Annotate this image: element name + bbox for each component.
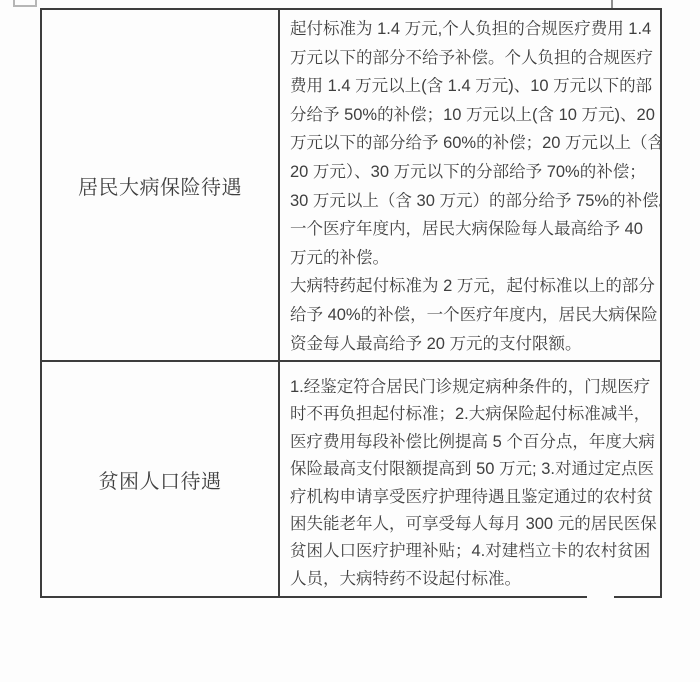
text-line: 大病特药起付标准为 2 万元，起付标准以上的部分 [290,272,660,301]
document-page: 居民大病保险待遇 起付标准为 1.4 万元,个人负担的合规医疗费用 1.4万元以… [0,0,700,682]
table-bottom-border-left-segment [40,596,587,598]
text-line: 给予 40%的补偿，一个医疗年度内，居民大病保险 [290,301,660,330]
row-content-poor-population-benefits: 1.经鉴定符合居民门诊规定病种条件的，门规医疗时不再负担起付标准；2.大病保险起… [280,362,662,596]
text-line: 时不再负担起付标准；2.大病保险起付标准减半， [290,401,660,428]
cropped-cell-remnant [13,0,37,7]
text-line: 困失能老年人，可享受每人每月 300 元的居民医保 [290,511,660,538]
insurance-benefits-table: 居民大病保险待遇 起付标准为 1.4 万元,个人负担的合规医疗费用 1.4万元以… [40,8,662,598]
row-content-resident-major-illness-benefits: 起付标准为 1.4 万元,个人负担的合规医疗费用 1.4万元以下的部分不给予补偿… [280,10,662,360]
text-line: 分给予 50%的补偿；10 万元以上(含 10 万元)、20 [290,101,660,130]
text-line: 保险最高支付限额提高到 50 万元; 3.对通过定点医 [290,456,660,483]
text-line: 万元以下的部分给予 60%的补偿；20 万元以上（含 [290,129,660,158]
text-line: 费用 1.4 万元以上(含 1.4 万元)、10 万元以下的部 [290,72,660,101]
text-line: 万元的补偿。 [290,244,660,273]
row-label-poor-population-benefits: 贫困人口待遇 [42,362,278,596]
text-line: 医疗费用每段补偿比例提高 5 个百分点，年度大病 [290,429,660,456]
text-line: 起付标准为 1.4 万元,个人负担的合规医疗费用 1.4 [290,15,660,44]
text-line: 资金每人最高给予 20 万元的支付限额。 [290,330,660,359]
row-label-resident-major-illness-benefits: 居民大病保险待遇 [42,10,278,360]
table-bottom-border-right-segment [614,596,662,598]
text-line: 30 万元以上（含 30 万元）的部分给予 75%的补偿。 [290,187,660,216]
text-line: 20 万元）、30 万元以下的分部给予 70%的补偿； [290,158,660,187]
row-label-text: 贫困人口待遇 [99,465,222,494]
text-line: 万元以下的部分不给予补偿。个人负担的合规医疗 [290,44,660,73]
text-line: 1.经鉴定符合居民门诊规定病种条件的，门规医疗 [290,374,660,401]
text-line: 疗机构申请享受医疗护理待遇且鉴定通过的农村贫 [290,484,660,511]
text-line: 人员，大病特药不设起付标准。 [290,566,660,593]
text-line: 一个医疗年度内，居民大病保险每人最高给予 40 [290,215,660,244]
text-line: 贫困人口医疗护理补贴；4.对建档立卡的农村贫困 [290,538,660,565]
row-label-text: 居民大病保险待遇 [78,171,242,200]
